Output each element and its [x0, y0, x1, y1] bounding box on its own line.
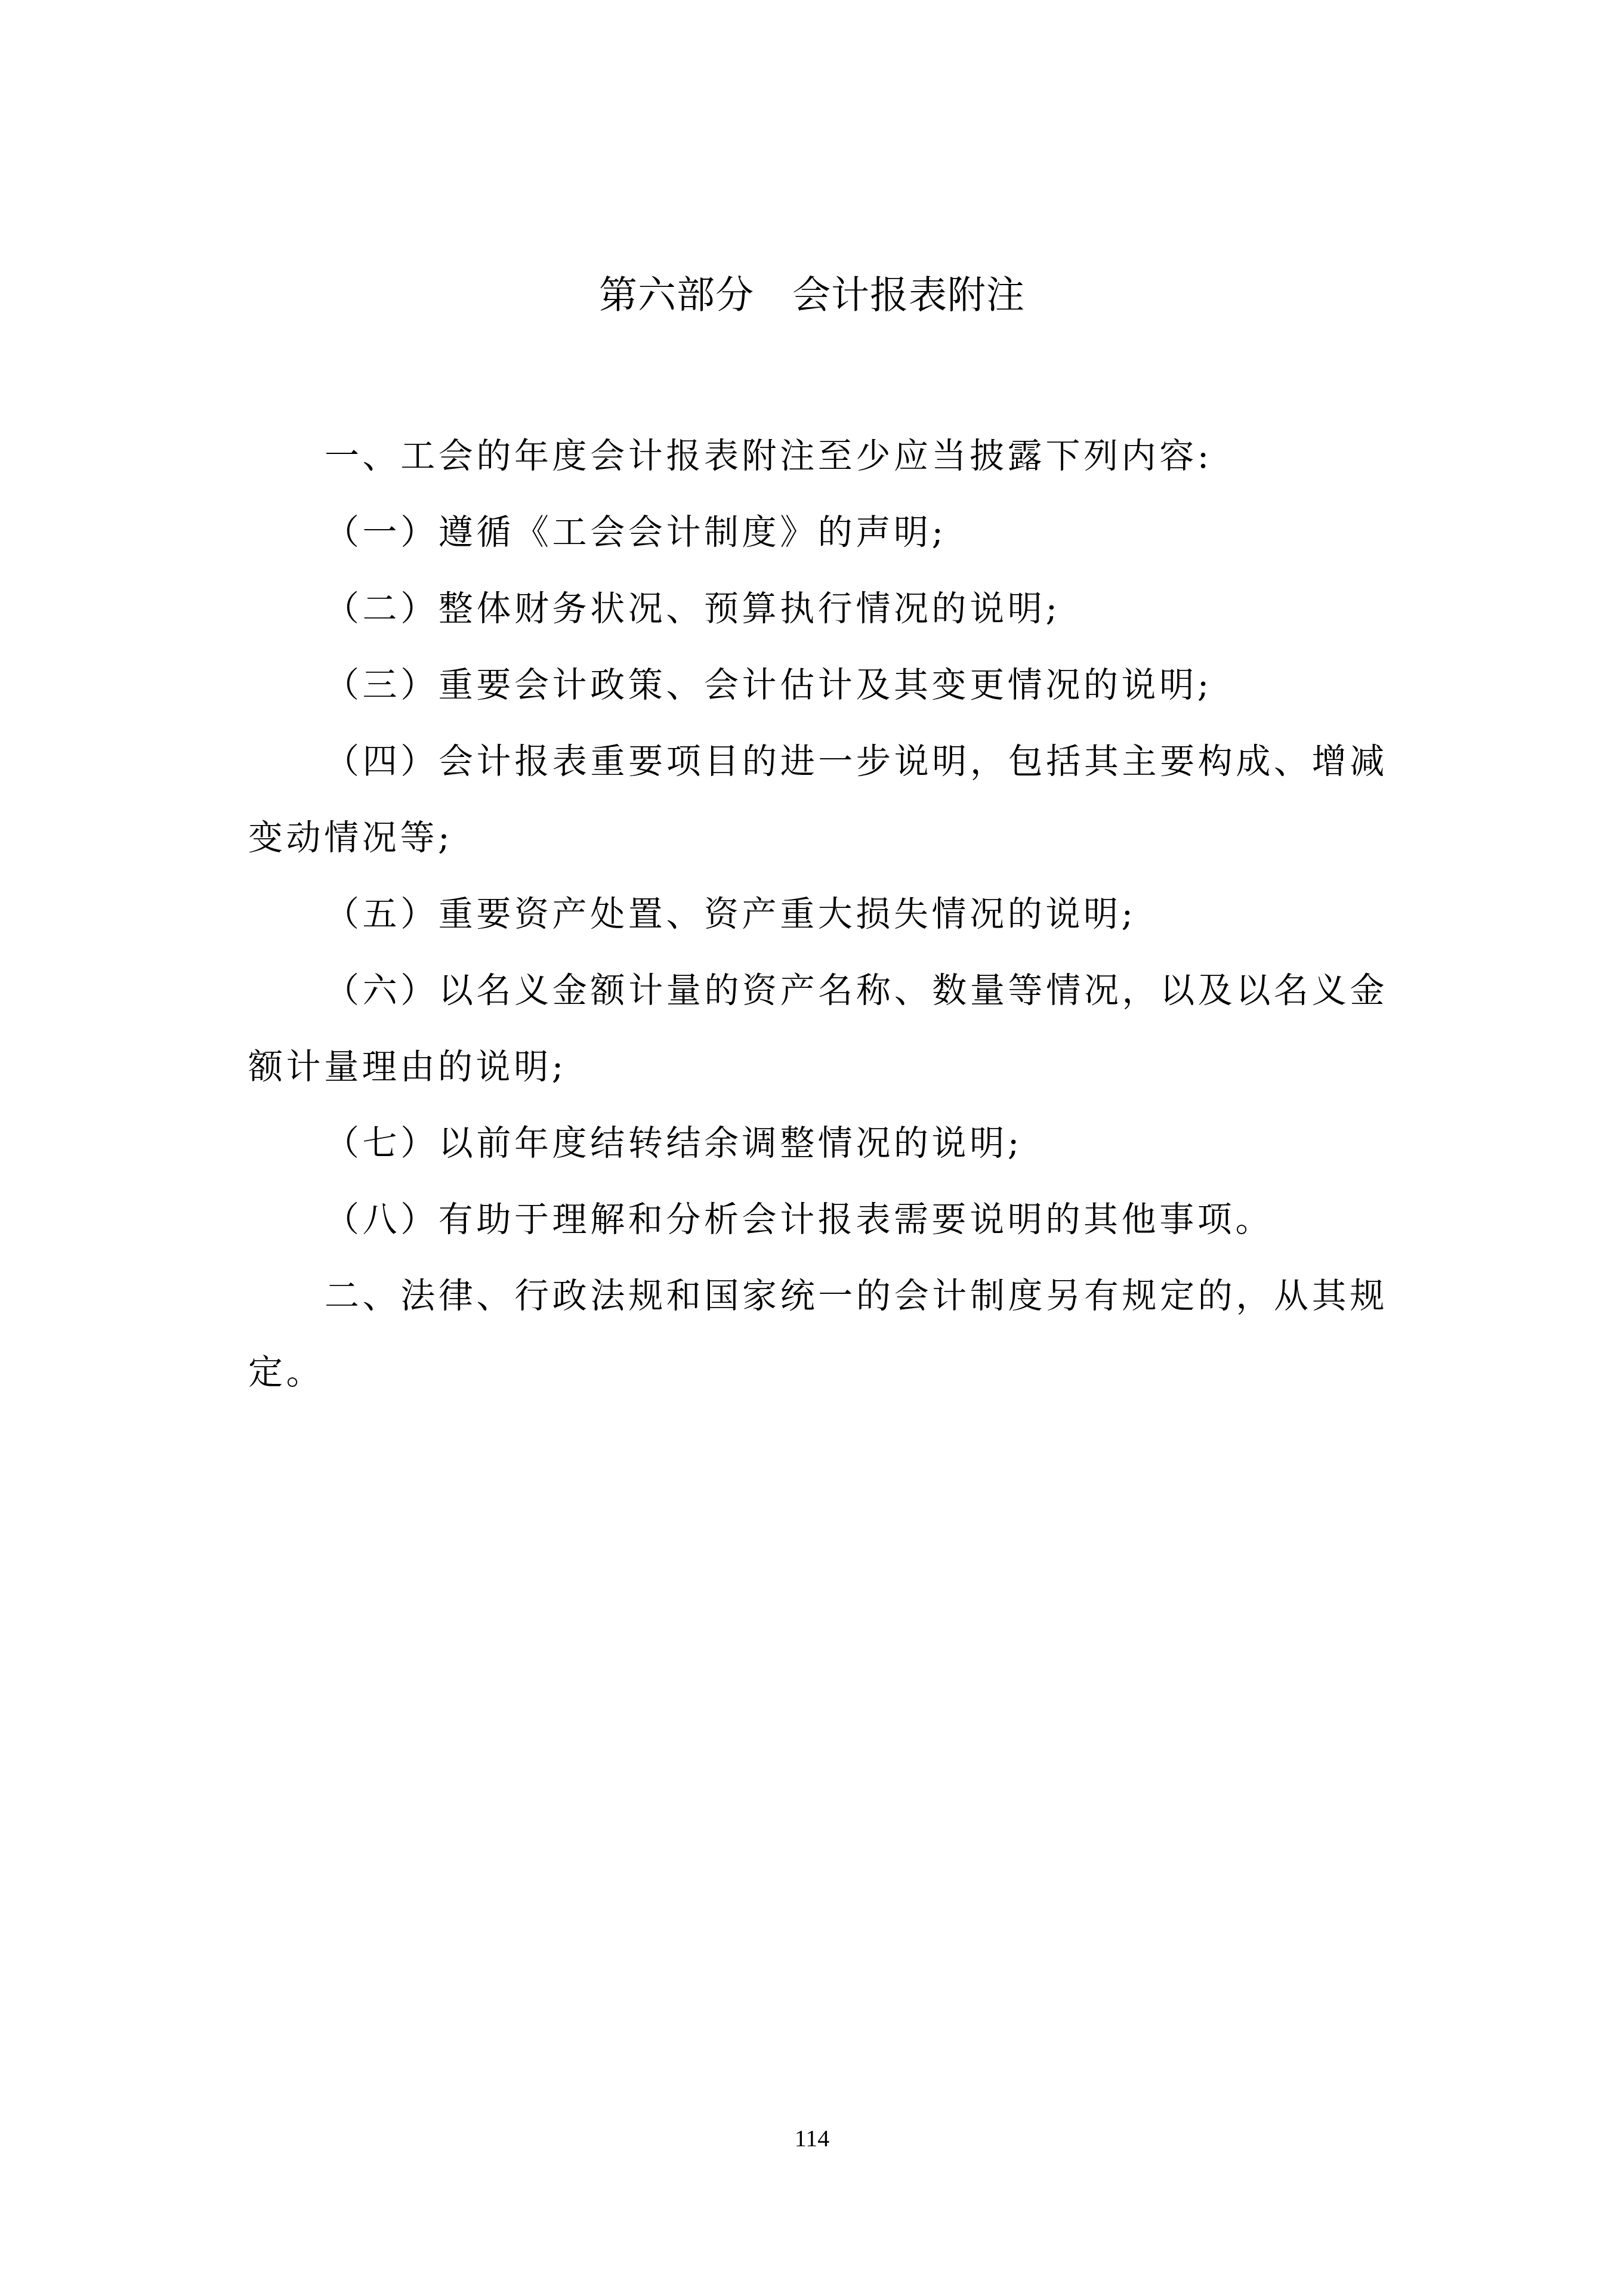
paragraph-disclosure-intro: 一、工会的年度会计报表附注至少应当披露下列内容: — [248, 418, 1388, 494]
list-item-6: （六）以名义金额计量的资产名称、数量等情况，以及以名义金额计量理由的说明; — [248, 952, 1388, 1105]
list-item-5: （五）重要资产处置、资产重大损失情况的说明; — [248, 876, 1388, 952]
title-part: 第六部分 — [599, 273, 754, 317]
list-item-1: （一）遵循《工会会计制度》的声明; — [248, 494, 1388, 570]
page-title: 第六部分会计报表附注 — [0, 271, 1624, 319]
document-body: 一、工会的年度会计报表附注至少应当披露下列内容: （一）遵循《工会会计制度》的声… — [248, 418, 1388, 1410]
list-item-4: （四）会计报表重要项目的进一步说明，包括其主要构成、增减变动情况等; — [248, 723, 1388, 876]
document-page: 第六部分会计报表附注 一、工会的年度会计报表附注至少应当披露下列内容: （一）遵… — [0, 0, 1624, 2296]
title-name: 会计报表附注 — [792, 273, 1025, 317]
list-item-2: （二）整体财务状况、预算执行情况的说明; — [248, 570, 1388, 647]
page-number: 114 — [0, 2124, 1624, 2153]
list-item-8: （八）有助于理解和分析会计报表需要说明的其他事项。 — [248, 1181, 1388, 1257]
paragraph-other-regulations: 二、法律、行政法规和国家统一的会计制度另有规定的，从其规定。 — [248, 1257, 1388, 1410]
list-item-3: （三）重要会计政策、会计估计及其变更情况的说明; — [248, 647, 1388, 723]
list-item-7: （七）以前年度结转结余调整情况的说明; — [248, 1105, 1388, 1181]
